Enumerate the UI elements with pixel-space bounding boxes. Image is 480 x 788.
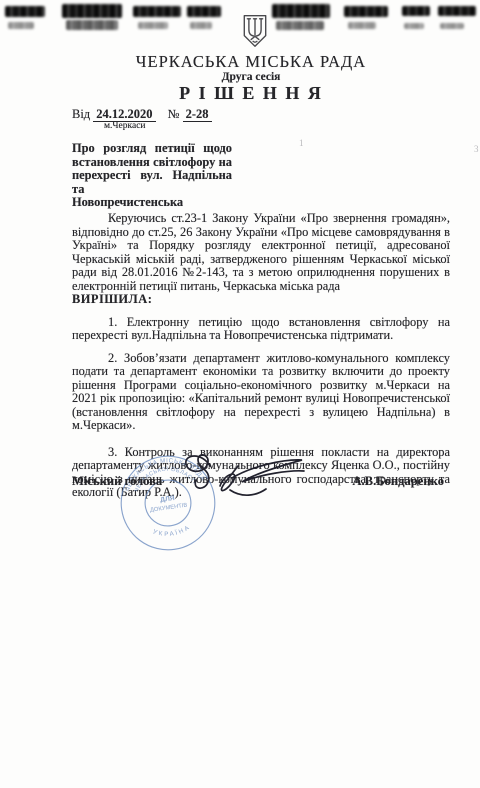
scan-smudge: [5, 6, 45, 17]
signer-name: А.В.Бондаренко: [352, 474, 444, 489]
org-name: ЧЕРКАСЬКА МІСЬКА РАДА: [22, 52, 480, 72]
scan-smudge: [438, 6, 476, 16]
subject-line: Про розгляд петиції щодо: [72, 142, 232, 156]
date-label: Від: [72, 107, 90, 121]
doc-type-title: Р І Ш Е Н Н Я: [22, 83, 480, 104]
subject-line: Новопречистенська: [72, 196, 232, 210]
session-label: Друга сесія: [22, 71, 480, 83]
scan-speck: 1: [299, 138, 304, 148]
scan-smudge: [344, 6, 388, 17]
preamble-paragraph: Керуючись ст.23-1 Закону України «Про зв…: [72, 212, 450, 293]
scan-speck: 3: [474, 144, 479, 154]
scan-smudge: [404, 23, 424, 29]
signoff-row: Міський голова А.В.Бондаренко: [72, 474, 444, 489]
scan-smudge: [402, 6, 430, 16]
scan-smudge: [187, 6, 221, 17]
scan-smudge: [66, 20, 118, 30]
city-label: м.Черкаси: [104, 121, 146, 131]
scan-smudge: [8, 22, 34, 29]
scanned-document-page: ЧЕРКАСЬКА МІСЬКА РАДА Друга сесія Р І Ш …: [0, 0, 480, 788]
subject-line: встановлення світлофору на: [72, 156, 232, 170]
date-value: 24.12.2020: [93, 107, 155, 122]
position-title: Міський голова: [72, 474, 162, 489]
ukraine-trident-icon: [242, 14, 268, 53]
scan-smudge: [138, 22, 168, 29]
scan-smudge: [133, 6, 181, 17]
scan-smudge: [276, 21, 324, 30]
subject-block: Про розгляд петиції щодо встановлення св…: [72, 142, 232, 210]
scan-smudge: [348, 22, 376, 29]
decision-item-1: 1. Електронну петицію щодо встановлення …: [72, 316, 450, 343]
scan-smudge: [272, 4, 330, 18]
doc-number-label: №: [168, 107, 180, 121]
subject-line: перехресті вул. Надпільна та: [72, 169, 232, 196]
resolved-heading: ВИРІШИЛА:: [72, 293, 450, 307]
doc-meta-row: Від 24.12.2020№ 2-28: [72, 107, 212, 122]
scan-smudge: [440, 23, 464, 29]
scan-artifact-band: [0, 0, 480, 40]
doc-number-value: 2-28: [183, 107, 212, 122]
decision-item-2: 2. Зобов’язати департамент житлово-комун…: [72, 352, 450, 433]
scan-smudge: [62, 4, 122, 18]
scan-smudge: [190, 22, 212, 29]
